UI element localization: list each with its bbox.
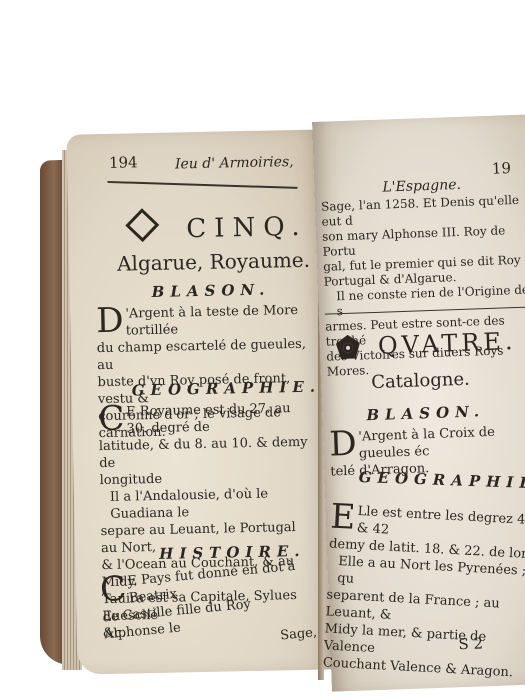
dropcap: C	[98, 404, 125, 435]
text-line: E Royaume est du 27. au 30. degré de	[98, 400, 311, 438]
page-number: 194	[109, 153, 138, 172]
section-heading: Catalogne.	[371, 369, 470, 393]
page-number: 19	[492, 159, 512, 178]
left-page: 194 Ieu d' Armoiries, CINQ. Algarue, Roy…	[66, 129, 335, 674]
section-heading: Algarue, Royaume.	[117, 248, 310, 276]
text-line: Il a l'Andalousie, d'où le Guadiana le	[100, 485, 313, 523]
numeral-title: CINQ.	[186, 212, 308, 245]
text-line: 'Argent à la teste de More tortillée	[96, 302, 307, 340]
dropcap: E	[330, 502, 356, 533]
blason-title: BLASON.	[366, 402, 485, 424]
blason-title: BLASON.	[151, 281, 270, 301]
dropcap: C	[99, 573, 128, 605]
running-head: L'Espagne.	[382, 177, 461, 196]
histoire-paragraph: C E Pays fut donné en dot à Beatrix de C…	[99, 556, 318, 660]
text-line: latitude, & du 8. au 10. & demy de	[99, 434, 312, 472]
right-page: 19 L'Espagne. Sage, l'an 1258. Et Denis …	[312, 114, 525, 691]
open-book-photo: 194 Ieu d' Armoiries, CINQ. Algarue, Roy…	[0, 0, 525, 700]
dropcap: D	[96, 306, 124, 337]
dropcap: D	[329, 429, 357, 460]
signature-mark: S 2	[458, 634, 483, 653]
header-rule	[107, 181, 297, 189]
geographie-paragraph: E Lle est entre les degrez 40. & 42 demy…	[322, 502, 525, 683]
running-head: Ieu d' Armoiries,	[175, 154, 294, 172]
diamond-ornament-icon	[125, 208, 159, 242]
text-line: du champ escartelé de gueules, au	[97, 336, 308, 374]
numeral-title: QVATRE.	[377, 327, 517, 360]
